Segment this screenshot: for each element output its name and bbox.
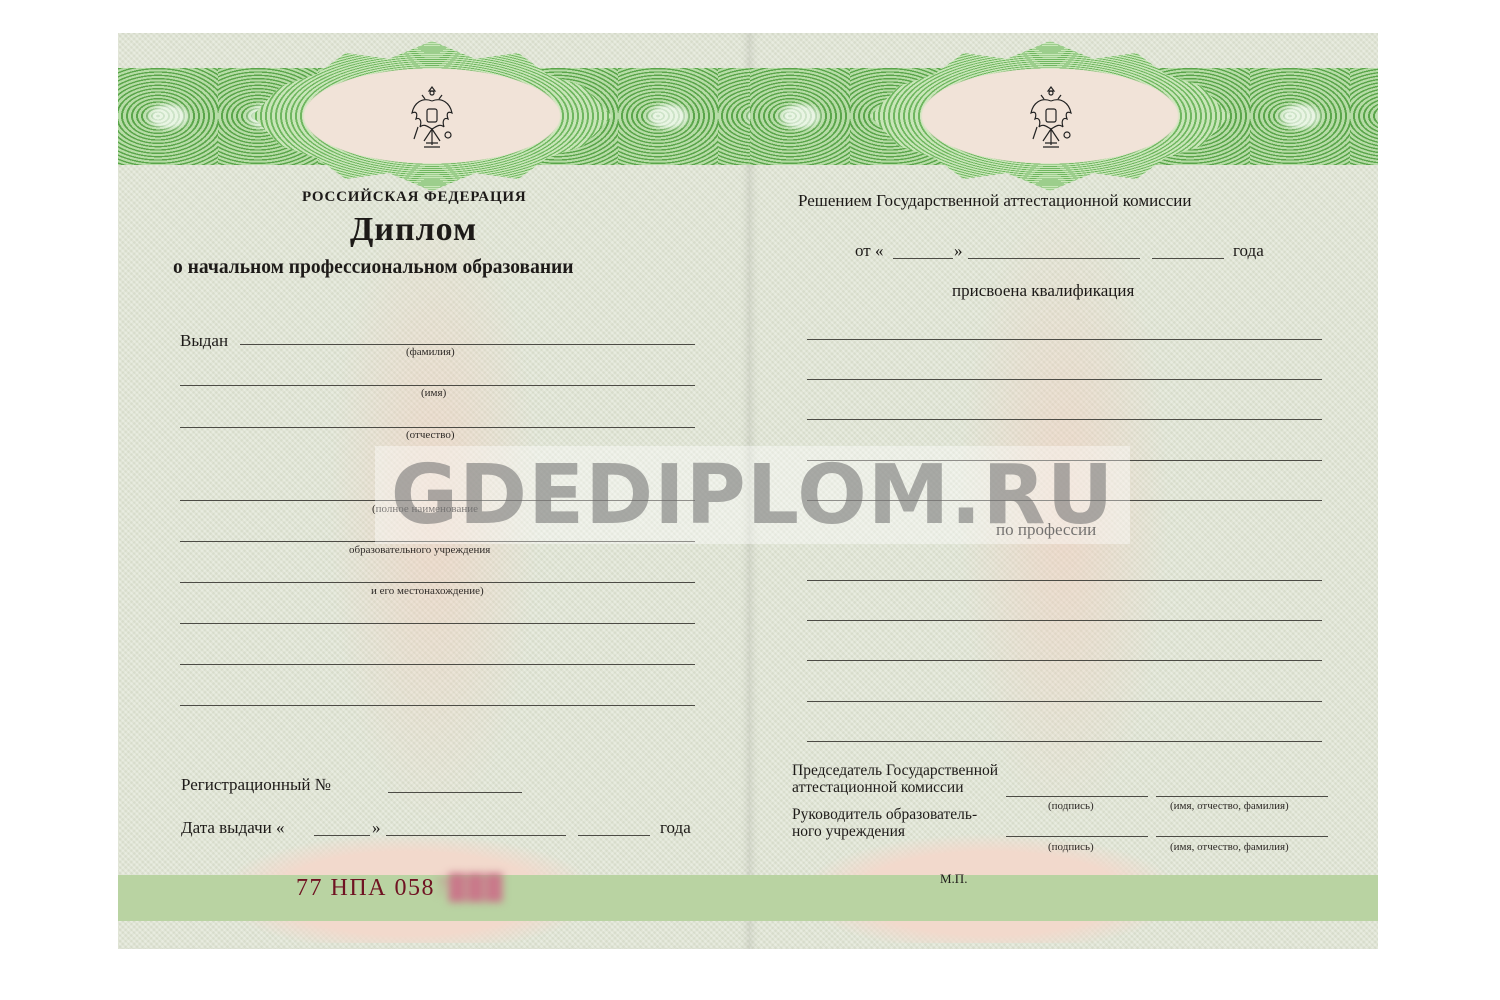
issue-day-field[interactable] (314, 835, 370, 836)
surname-hint: (фамилия) (406, 346, 455, 358)
head-signature-field[interactable] (1006, 836, 1148, 837)
chairman-signature-field[interactable] (1006, 796, 1148, 797)
coat-of-arms-icon (409, 81, 455, 157)
qualification-field-2[interactable] (807, 379, 1322, 380)
issue-month-field[interactable] (386, 835, 566, 836)
chairman-label-line-2: аттестационной комиссии (792, 779, 998, 796)
decision-year-field[interactable] (1152, 258, 1224, 259)
chairman-label-line-1: Председатель Государственной (792, 762, 998, 779)
patronymic-hint: (отчество) (406, 429, 455, 441)
serial-number-visible: 77 НПА 058 (296, 875, 435, 901)
watermark: GDEDIPLOM.RU (375, 446, 1130, 544)
document-title: Диплом (350, 211, 477, 249)
registration-label: Регистрационный № (181, 775, 331, 795)
institution-field-3[interactable] (180, 582, 695, 583)
profession-field-4[interactable] (807, 701, 1322, 702)
institution-hint-3: и его местонахождение) (371, 585, 484, 597)
decision-date-label: от « (855, 241, 883, 261)
qualification-field-1[interactable] (807, 339, 1322, 340)
serial-number-blurred: 7███ (435, 875, 504, 901)
registration-number-field[interactable] (388, 792, 522, 793)
issued-to-label: Выдан (180, 331, 228, 351)
name-field[interactable] (180, 385, 695, 386)
head-label-line-2: ного учреждения (792, 823, 977, 840)
profession-field-3[interactable] (807, 660, 1322, 661)
serial-number: 77 НПА 0587███ (296, 875, 504, 902)
issue-date-quote-close: » (372, 818, 381, 838)
profession-field-5[interactable] (807, 741, 1322, 742)
green-band-bottom (750, 875, 1378, 921)
head-signature-hint: (подпись) (1048, 841, 1094, 853)
head-name-hint: (имя, отчество, фамилия) (1170, 841, 1289, 853)
decision-month-field[interactable] (968, 258, 1140, 259)
chairman-name-field[interactable] (1156, 796, 1328, 797)
issue-year-field[interactable] (578, 835, 650, 836)
surname-field[interactable] (240, 344, 695, 345)
name-hint: (имя) (421, 387, 446, 399)
chairman-label: Председатель Государственной аттестацион… (792, 762, 998, 796)
decision-day-field[interactable] (893, 258, 953, 259)
country-heading: РОССИЙСКАЯ ФЕДЕРАЦИЯ (302, 189, 527, 206)
institution-hint-2: образовательного учреждения (349, 544, 490, 556)
qualification-field-3[interactable] (807, 419, 1322, 420)
issue-date-label: Дата выдачи « (181, 818, 285, 838)
institution-field-6[interactable] (180, 705, 695, 706)
decision-year-label: года (1233, 241, 1264, 261)
head-name-field[interactable] (1156, 836, 1328, 837)
decision-date-quote-close: » (954, 241, 963, 261)
head-label: Руководитель образователь- ного учрежден… (792, 806, 977, 840)
document-subtitle: о начальном профессиональном образовании (173, 257, 574, 279)
seal-label: М.П. (940, 871, 967, 887)
qualification-label: присвоена квалификация (952, 281, 1134, 301)
head-label-line-1: Руководитель образователь- (792, 806, 977, 823)
chairman-name-hint: (имя, отчество, фамилия) (1170, 800, 1289, 812)
profession-field-2[interactable] (807, 620, 1322, 621)
profession-field-1[interactable] (807, 580, 1322, 581)
institution-field-4[interactable] (180, 623, 695, 624)
institution-field-5[interactable] (180, 664, 695, 665)
commission-decision-text: Решением Государственной аттестационной … (798, 191, 1191, 211)
patronymic-field[interactable] (180, 427, 695, 428)
coat-of-arms-icon (1028, 81, 1074, 157)
chairman-signature-hint: (подпись) (1048, 800, 1094, 812)
year-label: года (660, 818, 691, 838)
